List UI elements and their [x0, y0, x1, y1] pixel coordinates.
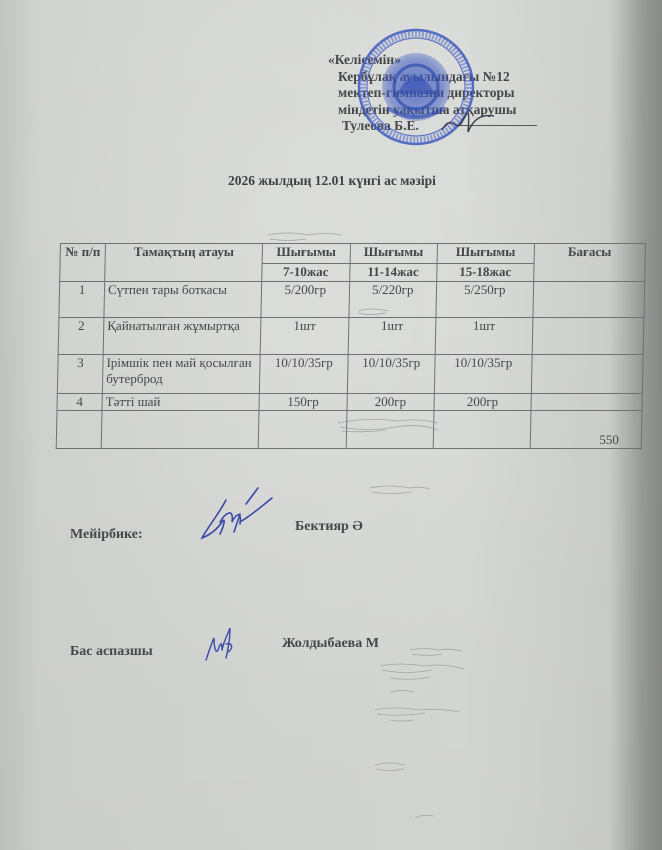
table-row: 1 Сүтпен тары боткасы 5/200гр 5/220гр 5/… [59, 282, 645, 318]
portion-11-14: 1шт [348, 318, 436, 355]
nurse-signature-icon [196, 482, 286, 544]
price [533, 282, 645, 318]
header-price: Бағасы [533, 244, 645, 282]
page-title: 2026 жылдың 12.01 күнгі ас мәзірі [228, 173, 436, 189]
portion-15-18: 200гр [434, 394, 531, 411]
approval-block: «Келісемін» Кербұлақ ауылындағы №12 мект… [328, 52, 568, 135]
table-total-row: 550 [56, 411, 642, 449]
row-number: 1 [59, 282, 105, 318]
price [532, 318, 644, 355]
approval-line: «Келісемін» [328, 52, 568, 69]
total-price: 550 [530, 411, 642, 449]
approval-line: мектеп-гимназия директоры [328, 85, 568, 102]
food-name: Тәтті шай [102, 394, 259, 411]
approval-line: міндетін уақытша атқарушы [328, 102, 568, 119]
header-portion: Шығымы [350, 244, 438, 264]
header-portion: Шығымы [437, 244, 534, 264]
signature-line [455, 125, 537, 126]
portion-11-14: 10/10/35гр [347, 355, 435, 394]
pencil-marks-icon [350, 470, 500, 710]
pencil-marks-icon [370, 690, 480, 830]
food-name: Қайнатылған жұмыртқа [103, 318, 261, 355]
price [531, 394, 643, 411]
row-number: 2 [58, 318, 104, 355]
portion-15-18: 5/250гр [436, 282, 533, 318]
table-row: 4 Тәтті шай 150гр 200гр 200гр [57, 394, 642, 411]
head-cook-label: Бас аспазшы [70, 644, 153, 660]
menu-table: № п/п Тамақтың атауы Шығымы Шығымы Шығым… [56, 243, 646, 449]
head-cook-name: Жолдыбаева М [282, 636, 379, 652]
header-age-group: 11-14жас [349, 264, 437, 282]
table-row: 3 Ірімшік пен май қосылған бутерброд 10/… [57, 355, 643, 394]
nurse-label: Мейірбике: [70, 527, 143, 543]
portion-7-10: 10/10/35гр [260, 355, 348, 394]
header-portion: Шығымы [262, 244, 350, 264]
portion-7-10: 150гр [259, 394, 347, 411]
approval-signer: Тулеова Б.Е. [328, 118, 568, 135]
row-number: 4 [57, 394, 102, 411]
food-name: Сүтпен тары боткасы [104, 282, 262, 318]
portion-11-14: 5/220гр [348, 282, 436, 318]
portion-15-18: 1шт [435, 318, 532, 355]
header-age-group: 15-18жас [437, 264, 534, 282]
header-age-group: 7-10жас [262, 264, 350, 282]
header-number: № п/п [60, 244, 106, 282]
portion-7-10: 1шт [260, 318, 348, 355]
price [531, 355, 643, 394]
row-number: 3 [57, 355, 103, 394]
nurse-name: Бектияр Ә [295, 519, 363, 535]
table-row: 2 Қайнатылған жұмыртқа 1шт 1шт 1шт [58, 318, 644, 355]
portion-11-14: 200гр [347, 394, 435, 411]
portion-7-10: 5/200гр [261, 282, 349, 318]
header-food-name: Тамақтың атауы [105, 244, 263, 282]
food-name: Ірімшік пен май қосылған бутерброд [102, 355, 260, 394]
portion-15-18: 10/10/35гр [434, 355, 532, 394]
approval-line: Кербұлақ ауылындағы №12 [328, 69, 568, 86]
head-cook-signature-icon [200, 620, 240, 666]
